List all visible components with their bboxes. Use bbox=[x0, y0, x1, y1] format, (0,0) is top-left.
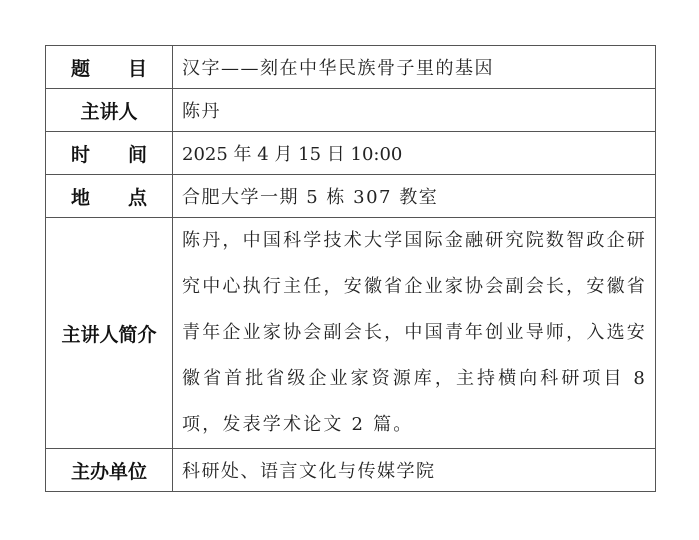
label-time: 时间 bbox=[46, 132, 173, 175]
label-title-part-1: 题 bbox=[71, 58, 90, 80]
value-title: 汉字——刻在中华民族骨子里的基因 bbox=[173, 46, 656, 89]
label-speaker: 主讲人 bbox=[46, 89, 173, 132]
label-time-part-2: 间 bbox=[128, 144, 147, 166]
label-time-part-1: 时 bbox=[71, 144, 90, 166]
label-title-part-2: 目 bbox=[128, 58, 147, 80]
label-title: 题目 bbox=[46, 46, 173, 89]
table-row-speaker: 主讲人 陈丹 bbox=[46, 89, 656, 132]
label-speaker-bio: 主讲人简介 bbox=[46, 218, 173, 449]
table-row-location: 地点 合肥大学一期 5 栋 307 教室 bbox=[46, 175, 656, 218]
table-row-title: 题目 汉字——刻在中华民族骨子里的基因 bbox=[46, 46, 656, 89]
value-time: 2025 年 4 月 15 日 10:00 bbox=[173, 132, 656, 175]
label-location: 地点 bbox=[46, 175, 173, 218]
label-location-part-1: 地 bbox=[71, 187, 90, 209]
lecture-info-table: 题目 汉字——刻在中华民族骨子里的基因 主讲人 陈丹 时间 2025 年 4 月… bbox=[45, 45, 656, 492]
table-row-organizer: 主办单位 科研处、语言文化与传媒学院 bbox=[46, 449, 656, 492]
table-row-speaker-bio: 主讲人简介 陈丹，中国科学技术大学国际金融研究院数智政企研究中心执行主任，安徽省… bbox=[46, 218, 656, 449]
table-row-time: 时间 2025 年 4 月 15 日 10:00 bbox=[46, 132, 656, 175]
value-speaker-bio: 陈丹，中国科学技术大学国际金融研究院数智政企研究中心执行主任，安徽省企业家协会副… bbox=[173, 218, 656, 449]
value-speaker: 陈丹 bbox=[173, 89, 656, 132]
value-location: 合肥大学一期 5 栋 307 教室 bbox=[173, 175, 656, 218]
label-location-part-2: 点 bbox=[128, 187, 147, 209]
label-organizer: 主办单位 bbox=[46, 449, 173, 492]
value-organizer: 科研处、语言文化与传媒学院 bbox=[173, 449, 656, 492]
